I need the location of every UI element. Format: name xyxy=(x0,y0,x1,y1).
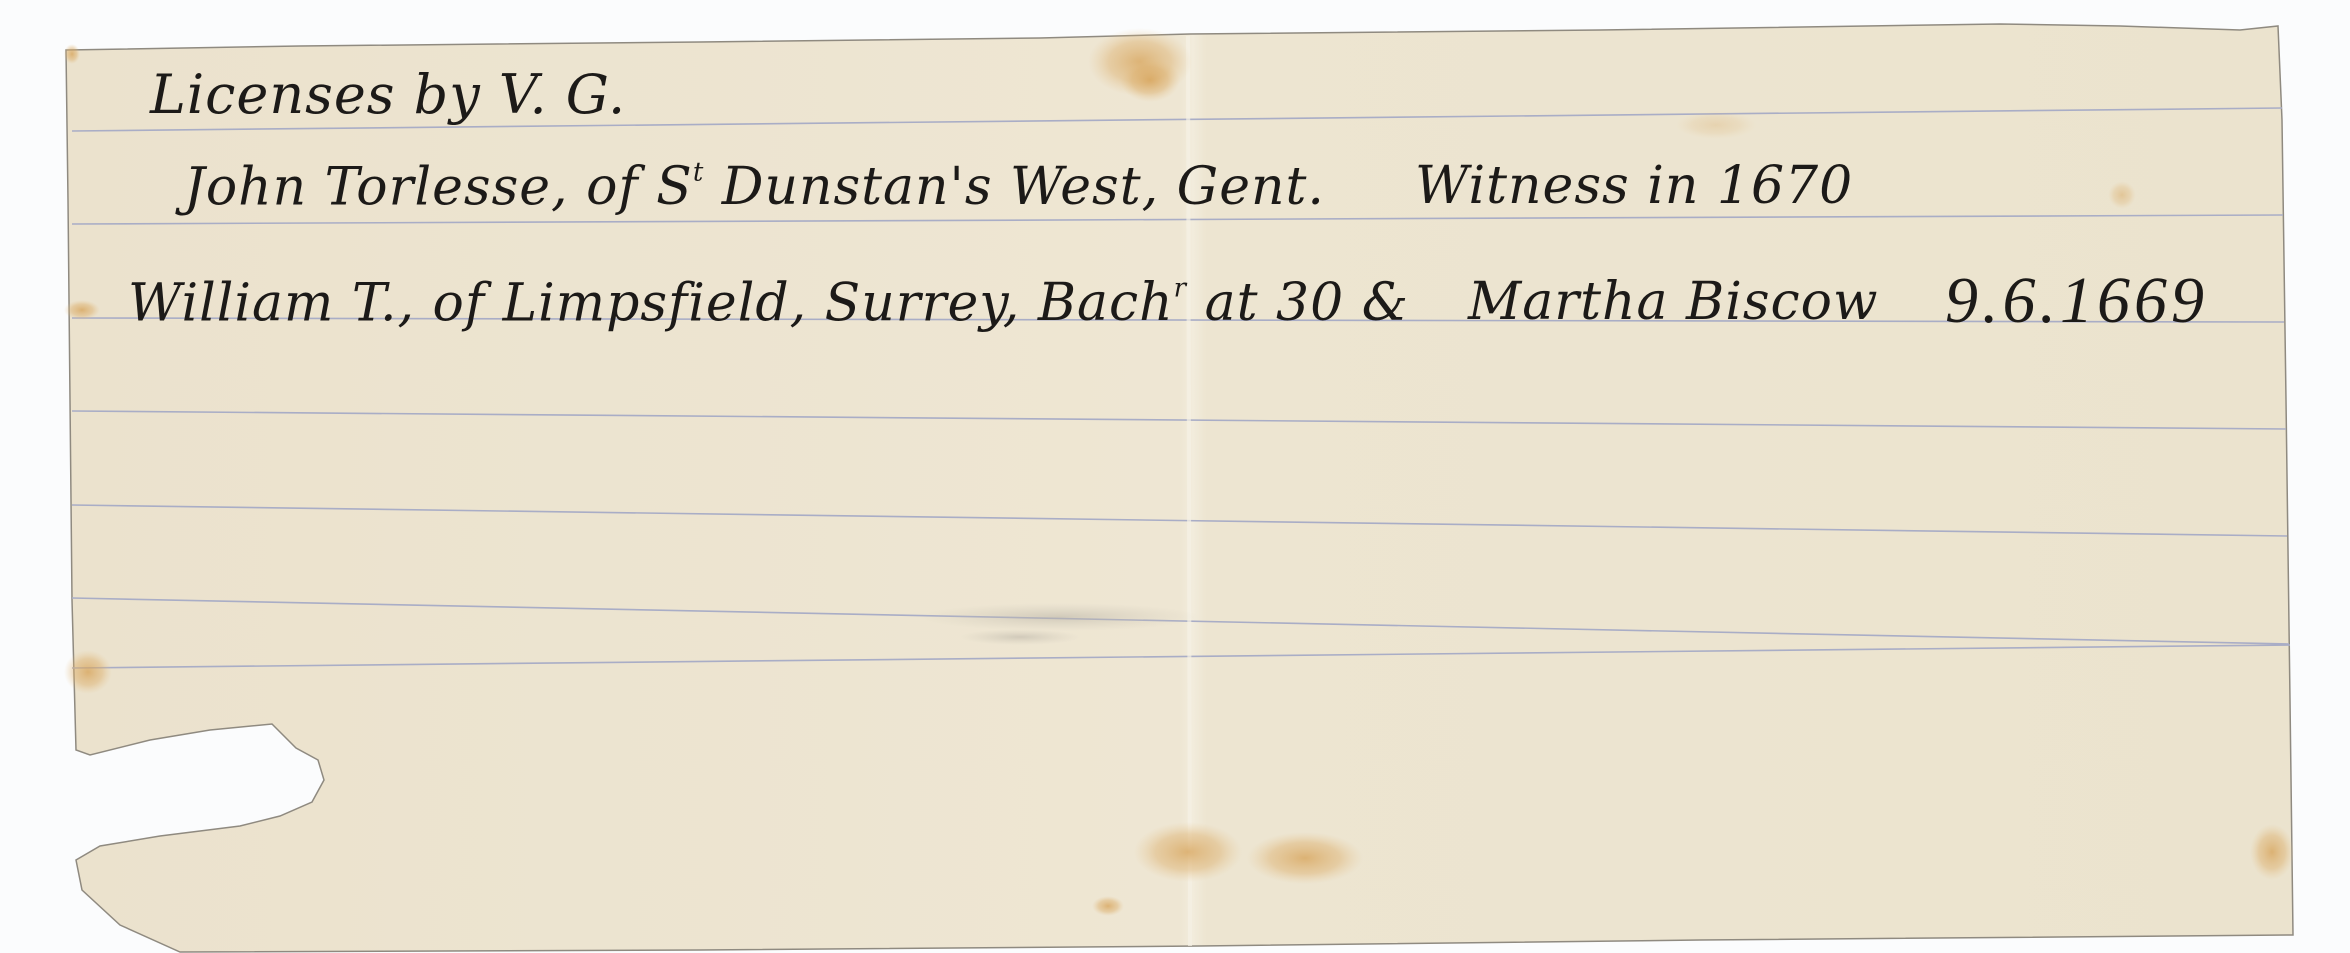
entry-2-name: William T., xyxy=(128,273,415,333)
entry-1-note: Witness in 1670 xyxy=(1415,160,1853,212)
scanned-paper xyxy=(0,0,2350,953)
entry-1-name: John Torlesse, xyxy=(184,157,569,217)
entry-2-spouse: Martha Biscow xyxy=(1468,276,1879,328)
entry-2-status: Bachr at 30 & xyxy=(1038,273,1409,333)
entry-2-place: of Limpsfield, Surrey, xyxy=(433,273,1021,333)
entry-2-line: William T., of Limpsfield, Surrey, Bachr… xyxy=(128,276,1409,329)
heading-text: Licenses by V. G. xyxy=(150,68,626,122)
entry-1-line: John Torlesse, of St Dunstan's West, Gen… xyxy=(184,160,1325,213)
entry-1-place: of St Dunstan's West, Gent. xyxy=(586,157,1325,217)
entry-2-date: 9.6.1669 xyxy=(1945,268,2208,334)
